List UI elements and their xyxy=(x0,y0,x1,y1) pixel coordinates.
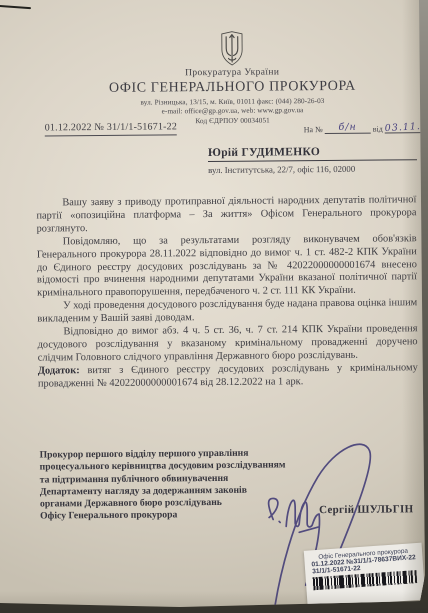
letter-content: Прокуратура України ОФІС ГЕНЕРАЛЬНОГО ПР… xyxy=(0,0,428,613)
org-name-title: ОФІС ГЕНЕРАЛЬНОГО ПРОКУРОРА xyxy=(38,78,426,97)
scanned-letter-photo: Прокуратура України ОФІС ГЕНЕРАЛЬНОГО ПР… xyxy=(0,0,428,613)
incoming-date-label: від xyxy=(373,125,383,134)
body-paragraph-4: Відповідно до вимог абз. 4 ч. 5 ст. 36, … xyxy=(37,323,417,365)
attachment-note: Додаток: витяг з Єдиного реєстру досудов… xyxy=(38,362,418,391)
signatory-title-line: Офісу Генерального прокурора xyxy=(40,509,286,523)
letterhead: Прокуратура України ОФІС ГЕНЕРАЛЬНОГО ПР… xyxy=(38,29,427,127)
signatory-title-block: Прокурор першого відділу першого управлі… xyxy=(40,447,286,523)
signatory-title-line: процесуального керівництва досудовим роз… xyxy=(40,460,286,474)
recipient-address: вул. Інститутська, 22/7, офіс 116, 02000 xyxy=(208,163,417,175)
attachment-label: Додаток: xyxy=(38,365,80,376)
body-paragraph-1: Вашу заяву з приводу протиправної діяльн… xyxy=(36,194,416,236)
signatory-name: Сергій ШУЛЬГІН xyxy=(319,503,414,516)
outgoing-reference: 01.12.2022 № 31/1/1-51671-22 xyxy=(45,121,177,136)
paper-edge-shadow-right xyxy=(402,0,428,613)
incoming-no-handwritten: б/н xyxy=(338,122,356,133)
ukraine-trident-icon xyxy=(219,31,245,66)
recipient-block: Юрій ГУДИМЕНКО вул. Інститутська, 22/7, … xyxy=(208,145,417,174)
incoming-no-label: На № xyxy=(304,125,323,134)
recipient-name: Юрій ГУДИМЕНКО xyxy=(208,145,417,162)
attachment-text: витяг з Єдиного реєстру досудових розслі… xyxy=(38,362,418,389)
letter-paper: Прокуратура України ОФІС ГЕНЕРАЛЬНОГО ПР… xyxy=(0,0,428,613)
paper-edge-shadow-bottom xyxy=(0,591,428,613)
body-paragraph-3: У ході проведення досудового розслідуван… xyxy=(37,297,417,326)
body-paragraph-2: Повідомляю, що за результатами розгляду … xyxy=(37,233,418,301)
incoming-no-blank: б/н xyxy=(325,122,371,134)
letter-body: Вашу заяву з приводу протиправної діяльн… xyxy=(36,194,418,391)
